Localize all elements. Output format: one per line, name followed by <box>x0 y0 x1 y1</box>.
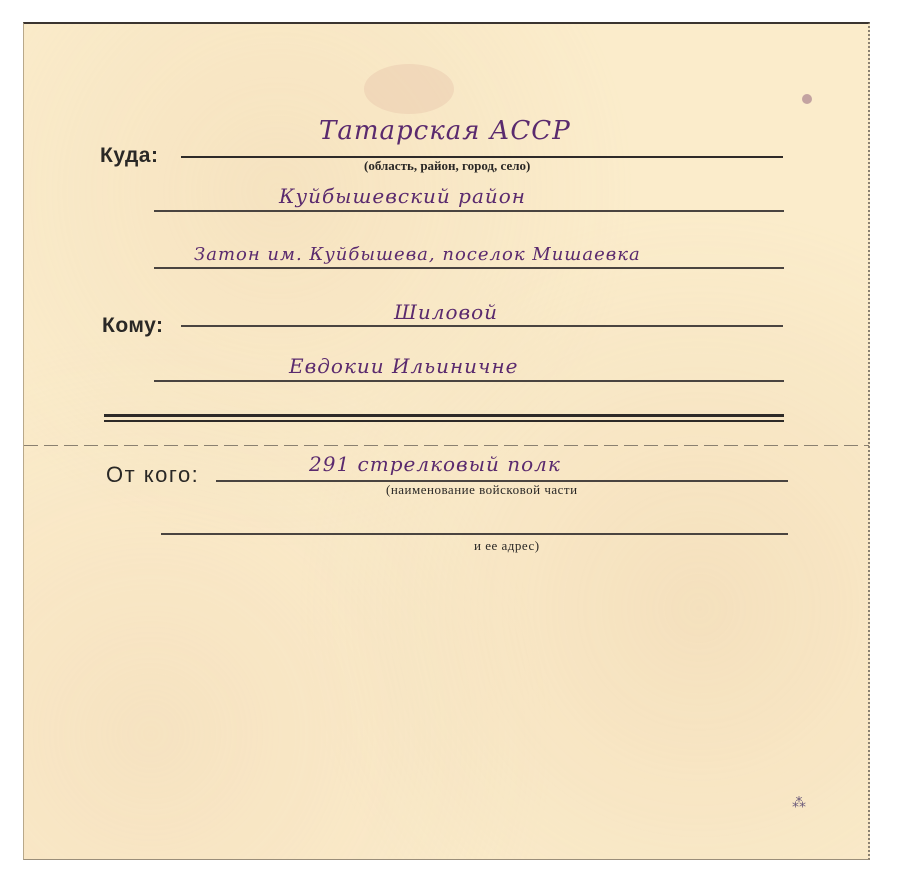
paper-stain <box>364 64 454 114</box>
fold-line <box>24 445 869 446</box>
to-where-district: Куйбышевский район <box>279 184 526 208</box>
recipient-surname: Шиловой <box>394 300 498 324</box>
divider-double-bottom <box>104 420 784 422</box>
to-where-caption: (область, район, город, село) <box>364 158 530 174</box>
to-where-line-3 <box>154 267 784 269</box>
from-whom-line-2 <box>161 533 788 535</box>
to-whom-label: Кому: <box>102 314 164 338</box>
to-whom-line-2 <box>154 380 784 382</box>
to-where-region: Татарская АССР <box>319 116 571 146</box>
recipient-name: Евдокии Ильиничне <box>289 354 518 378</box>
to-where-label: Куда: <box>100 144 158 168</box>
stamp-mark: ⁂ <box>792 794 806 811</box>
to-where-settlement: Затон им. Куйбышева, поселок Мишаевка <box>194 244 641 265</box>
to-where-line-2 <box>154 210 784 212</box>
postcard: ⁂ Куда: Татарская АССР (область, район, … <box>23 22 870 860</box>
from-whom-caption-2: и ее адрес) <box>474 538 540 554</box>
military-unit: 291 стрелковый полк <box>309 452 561 476</box>
divider-double-top <box>104 414 784 417</box>
to-whom-line-1 <box>181 325 783 327</box>
from-whom-caption-1: (наименование войсковой части <box>386 482 578 498</box>
ink-blot <box>802 94 812 104</box>
from-whom-label: От кого: <box>106 462 199 488</box>
